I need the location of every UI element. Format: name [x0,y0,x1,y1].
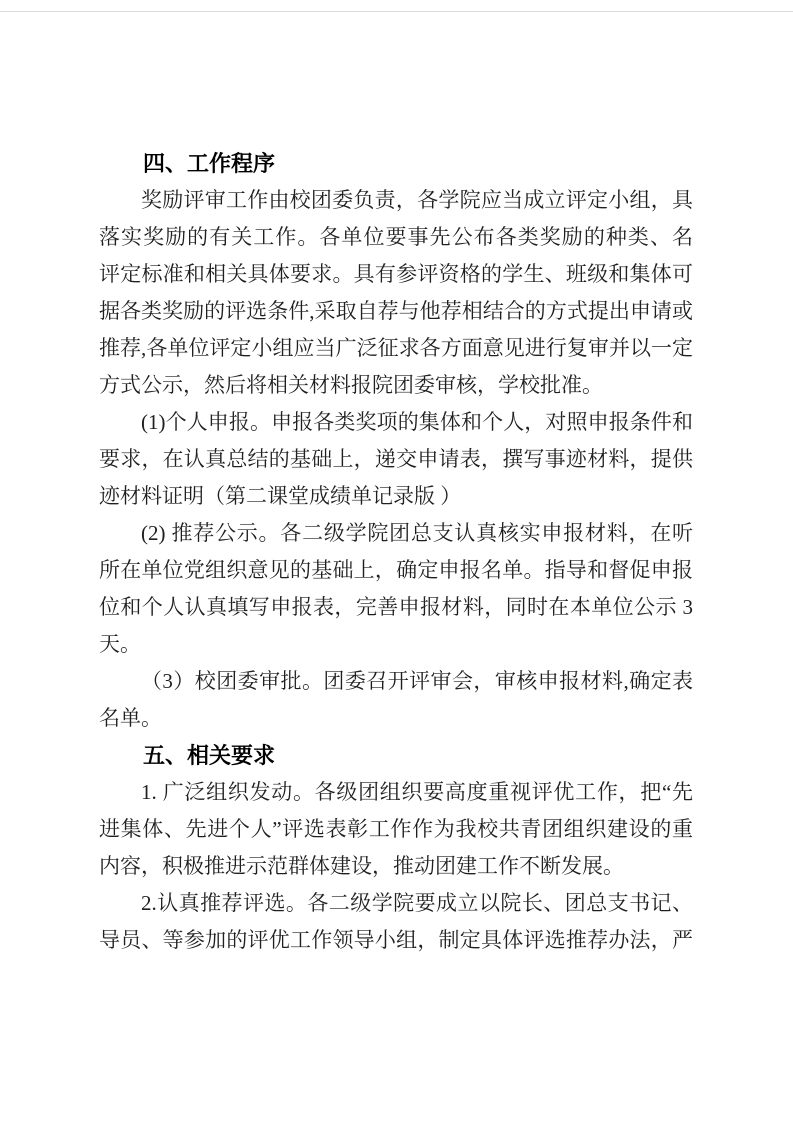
text-line: 迹材料证明（第二课堂成绩单记录版 ） [99,478,693,515]
text-line: 1. 广泛组织发动。各级团组织要高度重视评优工作，把“先 [99,774,693,811]
text-line: 评定标准和相关具体要求。具有参评资格的学生、班级和集体可根 [99,256,693,293]
text-line: （3）校团委审批。团委召开评审会，审核申报材料,确定表彰 [99,663,693,700]
text-line: 内容，积极推进示范群体建设，推动团建工作不断发展。 [99,848,693,885]
text-line: 据各类奖励的评选条件,采取自荐与他荐相结合的方式提出申请或 [99,293,693,330]
text-line: (1)个人申报。申报各类奖项的集体和个人，对照申报条件和 [99,404,693,441]
paragraph-award-review: 奖励评审工作由校团委负责，各学院应当成立评定小组，具体 落实奖励的有关工作。各单… [99,182,693,404]
text-line: 要求，在认真总结的基础上，递交申请表，撰写事迹材料，提供事 [99,441,693,478]
text-line: 方式公示，然后将相关材料报院团委审核，学校批准。 [99,367,693,404]
paragraph-recommendation-publicity: (2) 推荐公示。各二级学院团总支认真核实申报材料，在听取 所在单位党组织意见的… [99,515,693,663]
text-line: (2) 推荐公示。各二级学院团总支认真核实申报材料，在听取 [99,515,693,552]
text-line: 导员、等参加的评优工作领导小组，制定具体评选推荐办法，严格 [99,922,693,959]
paragraph-individual-application: (1)个人申报。申报各类奖项的集体和个人，对照申报条件和 要求，在认真总结的基础… [99,404,693,515]
paragraph-committee-approval: （3）校团委审批。团委召开评审会，审核申报材料,确定表彰 名单。 [99,663,693,737]
document-content: 四、工作程序 奖励评审工作由校团委负责，各学院应当成立评定小组，具体 落实奖励的… [99,145,693,959]
text-line: 奖励评审工作由校团委负责，各学院应当成立评定小组，具体 [99,182,693,219]
text-line: 所在单位党组织意见的基础上，确定申报名单。指导和督促申报单 [99,552,693,589]
page-top-divider [0,11,793,12]
paragraph-broad-mobilization: 1. 广泛组织发动。各级团组织要高度重视评优工作，把“先 进集体、先进个人”评选… [99,774,693,885]
text-line: 名单。 [99,700,693,737]
text-line: 落实奖励的有关工作。各单位要事先公布各类奖励的种类、名额、 [99,219,693,256]
text-line: 进集体、先进个人”评选表彰工作作为我校共青团组织建设的重要 [99,811,693,848]
text-line: 推荐,各单位评定小组应当广泛征求各方面意见进行复审并以一定 [99,330,693,367]
section-heading-related-requirements: 五、相关要求 [99,737,693,774]
section-heading-work-procedure: 四、工作程序 [99,145,693,182]
paragraph-earnest-recommendation: 2.认真推荐评选。各二级学院要成立以院长、团总支书记、辅 导员、等参加的评优工作… [99,885,693,959]
text-line: 位和个人认真填写申报表，完善申报材料，同时在本单位公示 3 [99,589,693,626]
text-line: 2.认真推荐评选。各二级学院要成立以院长、团总支书记、辅 [99,885,693,922]
text-line: 天。 [99,626,693,663]
document-page: 四、工作程序 奖励评审工作由校团委负责，各学院应当成立评定小组，具体 落实奖励的… [0,0,793,1122]
